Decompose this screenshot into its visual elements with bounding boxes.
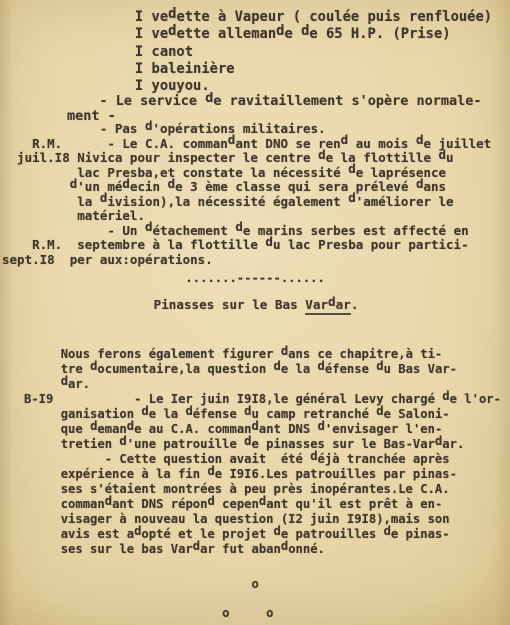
heading-underlined-word: Vardar xyxy=(305,297,351,315)
text-line: o o xyxy=(2,599,510,625)
text-line: que demande au C.A. commandant DNS d'env… xyxy=(2,422,510,437)
text-line: - Le service de ravitaillement s'opère n… xyxy=(2,94,510,109)
text-line: sept.I8 per aux:opérations. xyxy=(2,253,510,268)
text-line: - Pas d'opérations militaires. xyxy=(2,122,510,137)
text-line: juil.I8 Nivica pour inspecter le centre … xyxy=(2,151,510,166)
text-line: R.M. septembre à la flottille du lac Pre… xyxy=(2,238,510,253)
text-line: R.M. - Le C.A. commandant DNO se rend au… xyxy=(2,137,510,152)
text-line: d'un médecin de 3 ème classe qui sera pr… xyxy=(2,180,510,195)
fleet-list: I vedette à Vapeur ( coulée puis renflou… xyxy=(2,9,510,95)
typewritten-document-page: I vedette à Vapeur ( coulée puis renflou… xyxy=(0,0,510,625)
text-line: commandant DNS répond cependant qu'il es… xyxy=(2,497,510,512)
text-line: B-I9 - Le Ier juin I9I8,le général Levy … xyxy=(2,392,510,407)
text-line: ses s'étaient montrées à peu près inopér… xyxy=(2,482,510,497)
text-line: Nous ferons également figurer dans ce ch… xyxy=(2,347,510,362)
operations-paragraphs: - Pas d'opérations militaires. R.M. - Le… xyxy=(2,122,510,267)
intro-paragraph: Nous ferons également figurer dans ce ch… xyxy=(2,347,510,392)
b19-paragraph: B-I9 - Le Ier juin I9I8,le général Levy … xyxy=(2,392,510,557)
text-line: I canot xyxy=(2,44,510,61)
text-line: lac Presba,et constate la nécessité de l… xyxy=(2,166,510,181)
text-line: tre documentaire,la question de la défen… xyxy=(2,362,510,377)
heading-prefix: Pinasses sur le Bas xyxy=(2,297,305,312)
text-line: I vedette allemande de 65 H.P. (Prise) xyxy=(2,26,510,43)
text-line: dar. xyxy=(2,377,510,392)
divider-dots: .......------...... xyxy=(2,271,510,286)
text-line: matériel. xyxy=(2,209,510,224)
text-line: - Cette question avait été déjà tranchée… xyxy=(2,452,510,467)
text-line: visager à nouveau la question (I2 juin I… xyxy=(2,512,510,527)
section-divider: .......------...... xyxy=(2,271,510,286)
text-line: expérience à la fin de I9I6.Les patrouil… xyxy=(2,467,510,482)
footer-marks: o o o xyxy=(2,570,510,625)
heading-line: Pinasses sur le Bas Vardar. xyxy=(2,297,510,313)
text-line: I vedette à Vapeur ( coulée puis renflou… xyxy=(2,9,510,26)
heading-suffix: . xyxy=(351,297,359,312)
text-line: tretien d'une patrouille de pinasses sur… xyxy=(2,437,510,452)
text-line: o xyxy=(2,570,510,599)
text-line: ses sur le bas Vardar fut abandonné. xyxy=(2,542,510,557)
text-line: I baleinière xyxy=(2,61,510,78)
section-heading: Pinasses sur le Bas Vardar. xyxy=(2,297,510,313)
supply-paragraph: - Le service de ravitaillement s'opère n… xyxy=(2,94,510,124)
text-line: avis est adopté et le projet de patrouil… xyxy=(2,527,510,542)
